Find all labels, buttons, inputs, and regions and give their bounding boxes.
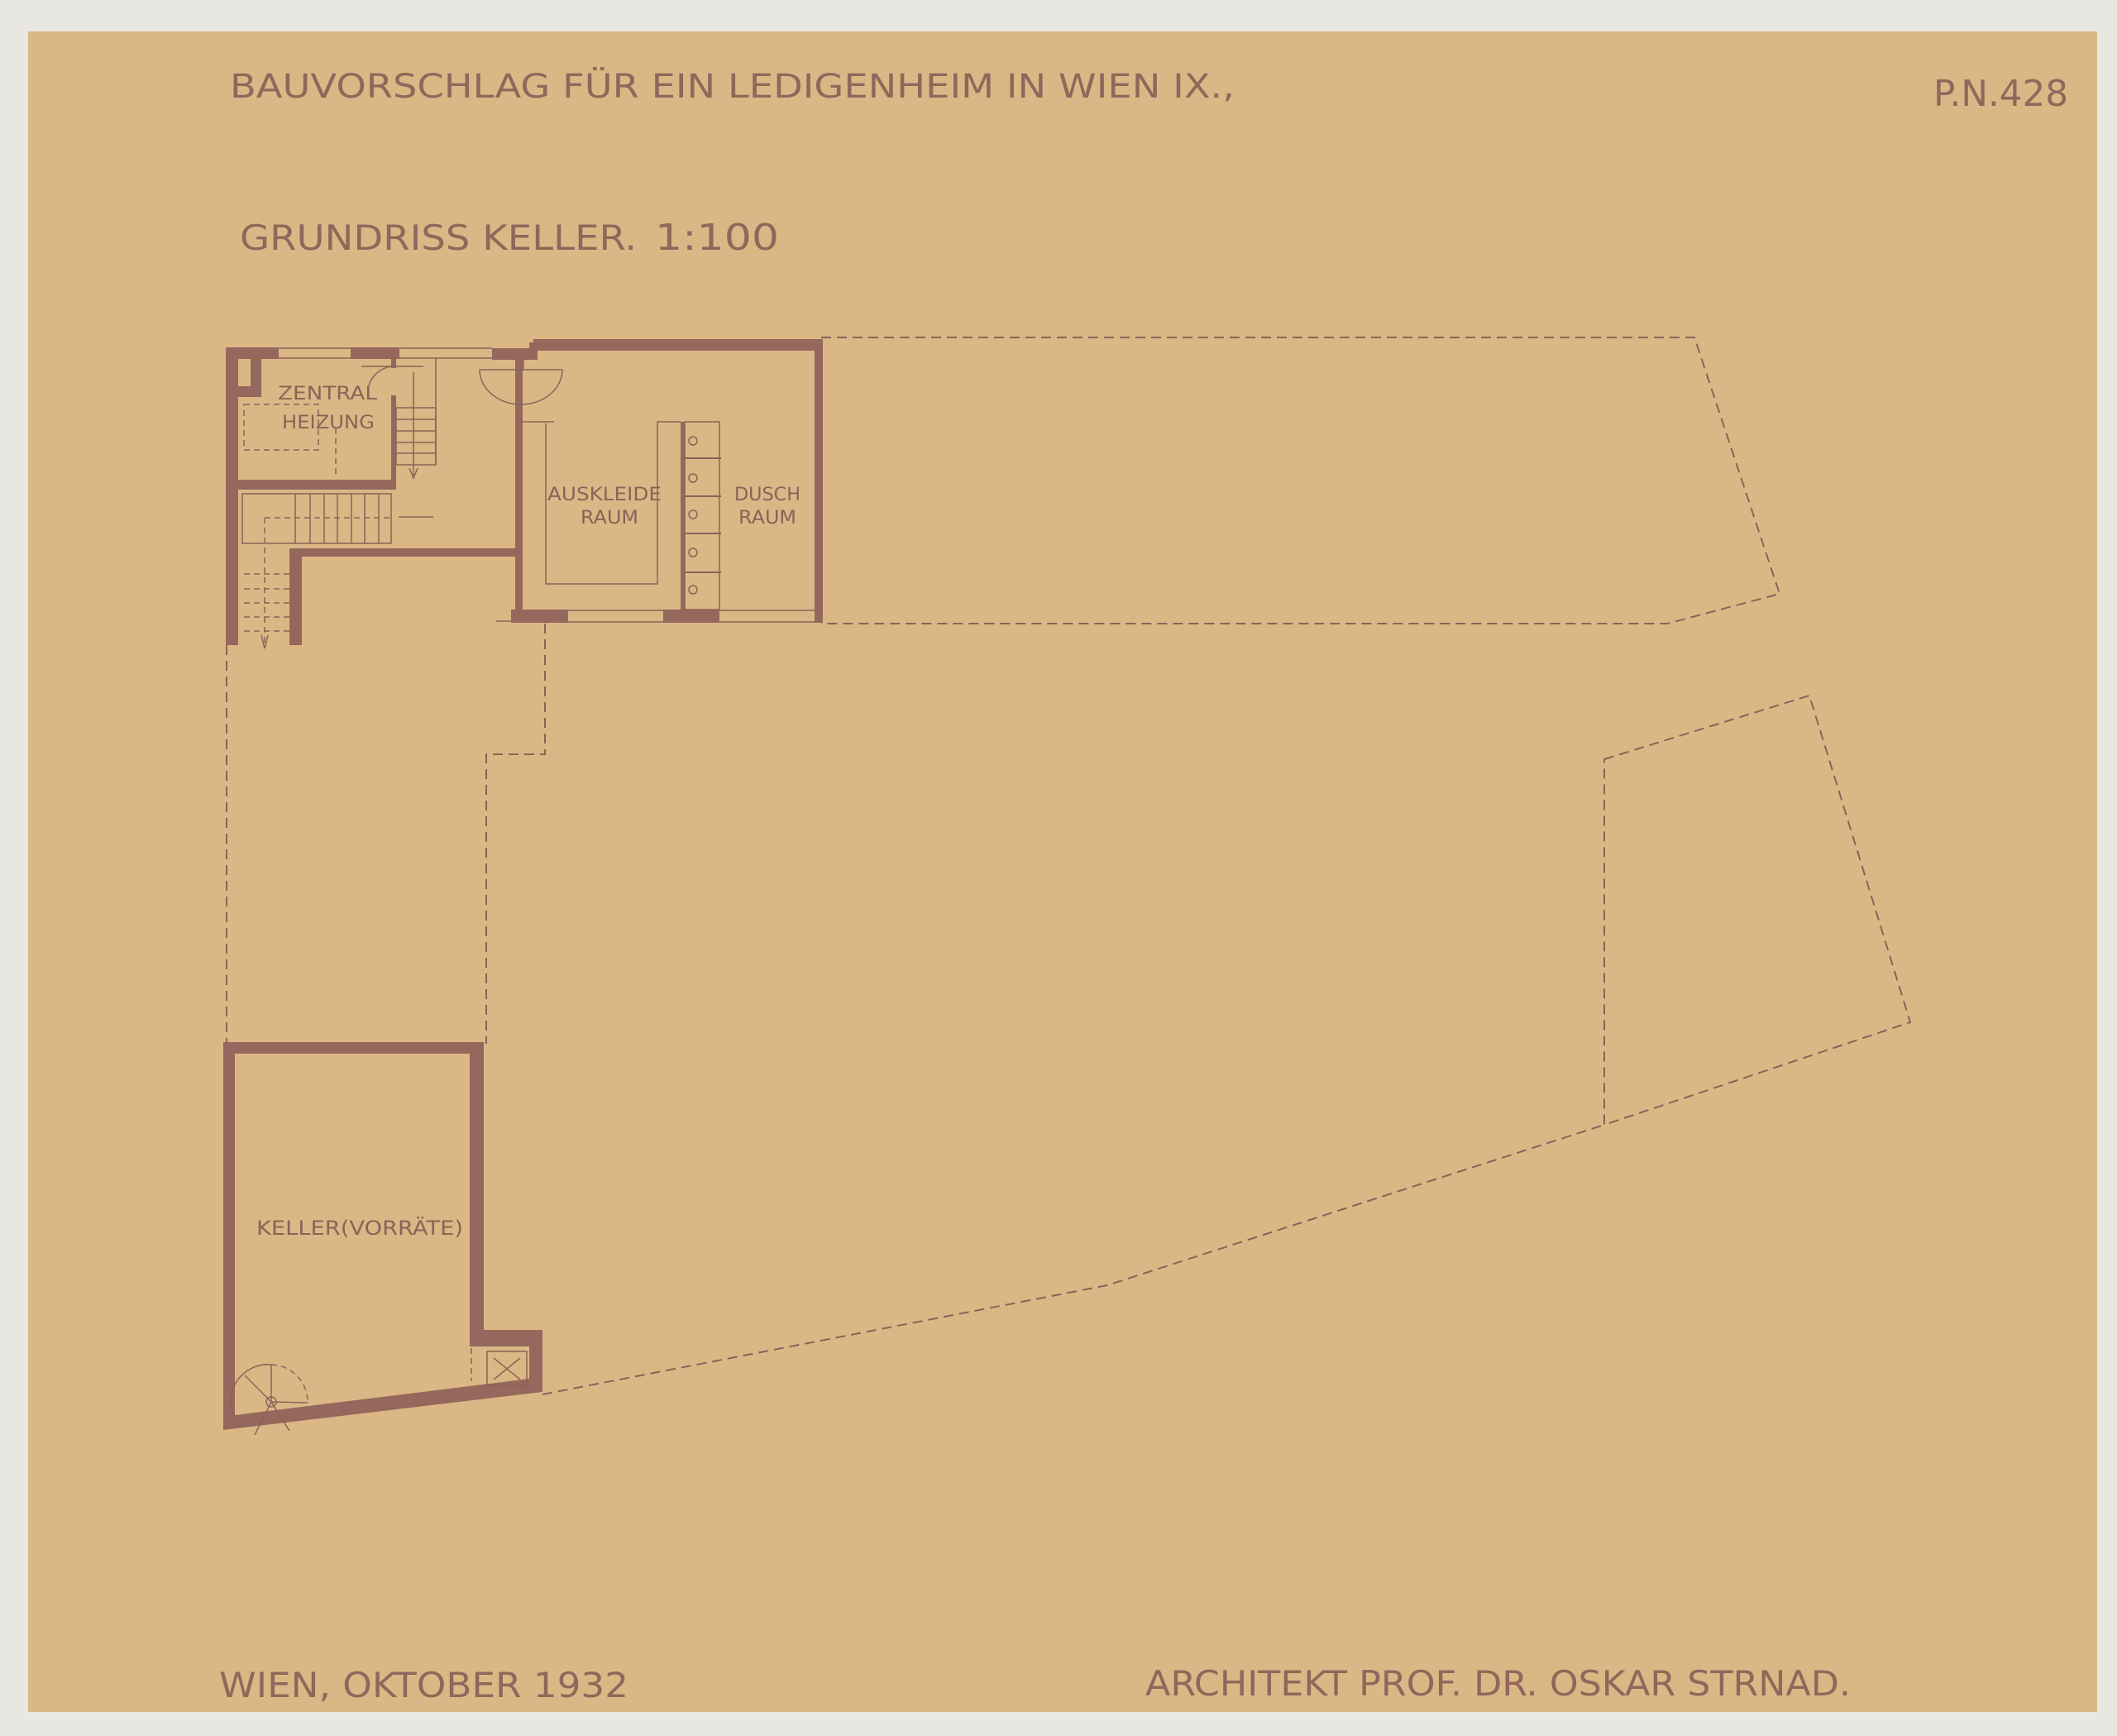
plan-subtitle: GRUNDRISS KELLER. xyxy=(240,218,637,258)
room-label-keller: KELLER(VORRÄTE) xyxy=(256,1216,463,1240)
drawing-title: BAUVORSCHLAG FÜR EIN LEDIGENHEIM IN WIEN… xyxy=(230,66,1235,106)
room-label-dusch: DUSCH xyxy=(734,485,800,505)
place-date: WIEN, OKTOBER 1932 xyxy=(219,1665,628,1705)
room-label-heizung: HEIZUNG xyxy=(282,413,375,433)
room-label-dusch-raum: RAUM xyxy=(738,508,796,528)
architect-credit: ARCHITEKT PROF. DR. OSKAR STRNAD. xyxy=(1145,1663,1851,1704)
room-label-auskleide: AUSKLEIDE xyxy=(547,485,662,505)
plan-number: P.N.428 xyxy=(1933,73,2068,115)
paper-sheet xyxy=(28,31,2097,1712)
room-label-zentral: ZENTRAL xyxy=(278,384,378,404)
floor-plan-sheet: BAUVORSCHLAG FÜR EIN LEDIGENHEIM IN WIEN… xyxy=(0,0,2117,1736)
plan-scale: 1:100 xyxy=(655,217,779,259)
room-label-auskleide-raum: RAUM xyxy=(581,508,638,528)
